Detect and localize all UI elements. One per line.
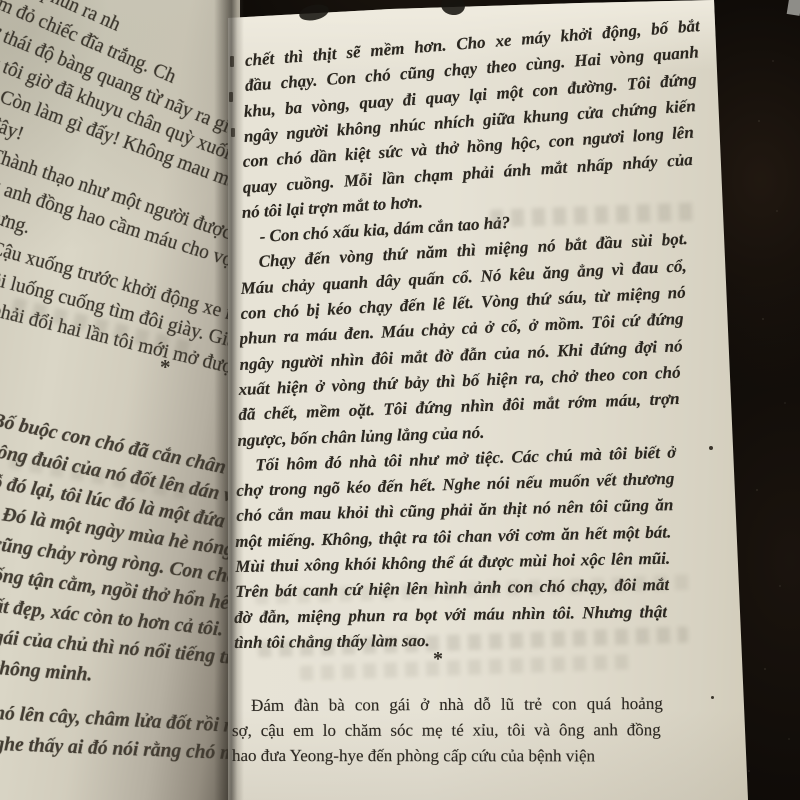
gutter-mark [231,128,235,137]
text-line: hao đưa Yeong-hye đến phòng cấp cứu của … [232,743,660,769]
page-speck [709,446,713,450]
gutter-mark [229,92,233,102]
background-object [787,0,800,16]
left-page: ng-hye phun ra nhộm đỏ chiếc đĩa trắng. … [0,0,240,800]
page-speck [711,696,714,699]
book-photo: ng-hye phun ra nhộm đỏ chiếc đĩa trắng. … [0,0,800,800]
section-separator: * [160,355,171,380]
text-line: Đám đàn bà con gái ở nhà dỗ lũ trẻ con q… [233,690,663,718]
gutter-mark [230,56,234,67]
text-line: sợ, cậu em lo chăm sóc mẹ té xỉu, tôi và… [232,717,661,744]
